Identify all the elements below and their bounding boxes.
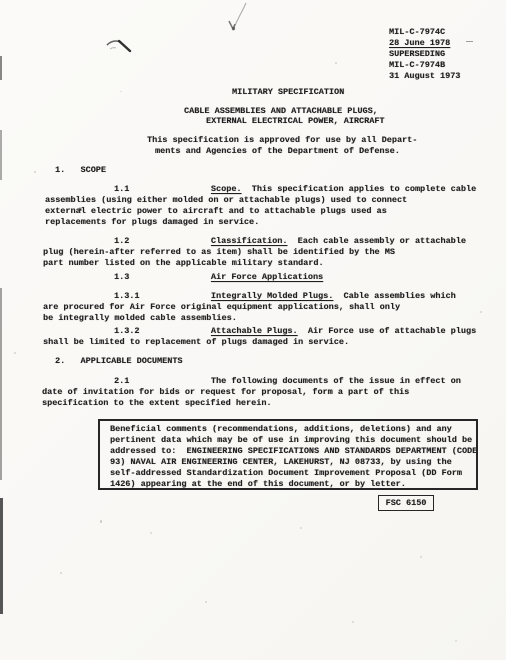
text-line: MILITARY SPECIFICATION (232, 87, 344, 98)
text-line: assemblies (using either molded on or at… (45, 195, 407, 206)
fsc-code-label: FSC 6150 (386, 498, 427, 508)
text-line: 28 June 1978 (389, 38, 450, 49)
scan-speck (60, 572, 62, 574)
comment-instruction-box (98, 419, 478, 490)
text-line: be integrally molded cable assemblies. (43, 313, 237, 324)
text-line: specification to the extent specified he… (42, 398, 272, 409)
text-line: 1.3.1 Integrally Molded Plugs. Cable ass… (114, 291, 456, 302)
text-line: 1.3.2 Attachable Plugs. Air Force use of… (114, 326, 476, 337)
text-line: external electric power to aircraft and … (45, 206, 387, 217)
text-line: 1.1 Scope. This specification applies to… (114, 184, 476, 195)
text-line: MIL-C-7974C (389, 27, 445, 38)
text-line: EXTERNAL ELECTRICAL POWER, AIRCRAFT (206, 116, 385, 127)
text-line: 31 August 1973 (389, 71, 460, 82)
text-line: 1. SCOPE (55, 165, 106, 176)
pencil-checkmark (222, 0, 252, 38)
text-line: date of invitation for bids or request f… (42, 387, 409, 398)
scan-speck (120, 91, 122, 92)
scan-speck (352, 621, 354, 623)
text-line: plug (herein-after referred to as item) … (43, 247, 395, 258)
text-line: SUPERSEDING (389, 49, 445, 60)
scan-speck (100, 520, 102, 523)
scanned-document-page: MIL-C-7974C28 June 1978SUPERSEDINGMIL-C-… (0, 0, 506, 660)
text-line: This specification is approved for use b… (147, 135, 417, 146)
text-line: MIL-C-7974B (389, 60, 445, 71)
text-line: are procured for Air Force original equi… (43, 302, 400, 313)
scan-edge-streak (0, 130, 2, 180)
scan-speck (335, 62, 337, 64)
text-line: 1.2 Classification. Each cable assembly … (114, 236, 466, 247)
text-line: 1.3 Air Force Applications (114, 272, 323, 283)
scan-edge-streak (0, 288, 2, 480)
scan-speck (455, 640, 457, 642)
fsc-code-box: FSC 6150 (378, 495, 434, 511)
text-line: shall be limited to replacement of plugs… (43, 337, 349, 348)
text-line: part number listed on the applicable mil… (43, 258, 324, 269)
scan-speck (205, 601, 207, 603)
pencil-squiggle (104, 36, 138, 58)
scan-edge-streak (0, 498, 3, 614)
scan-speck (461, 190, 463, 192)
scan-speck (14, 352, 16, 354)
text-line: ments and Agencies of the Department of … (155, 146, 400, 157)
scan-edge-streak (0, 56, 2, 80)
text-line: 2.1 The following documents of the issue… (114, 376, 461, 387)
text-line: 2. APPLICABLE DOCUMENTS (55, 356, 183, 367)
scan-speck (300, 527, 302, 529)
margin-asterisk-mark: * (77, 208, 83, 219)
scan-speck (34, 171, 36, 173)
scan-speck (480, 311, 482, 313)
scan-dash-artifact (466, 41, 473, 42)
scan-speck (420, 556, 422, 558)
scan-speck (150, 532, 152, 534)
